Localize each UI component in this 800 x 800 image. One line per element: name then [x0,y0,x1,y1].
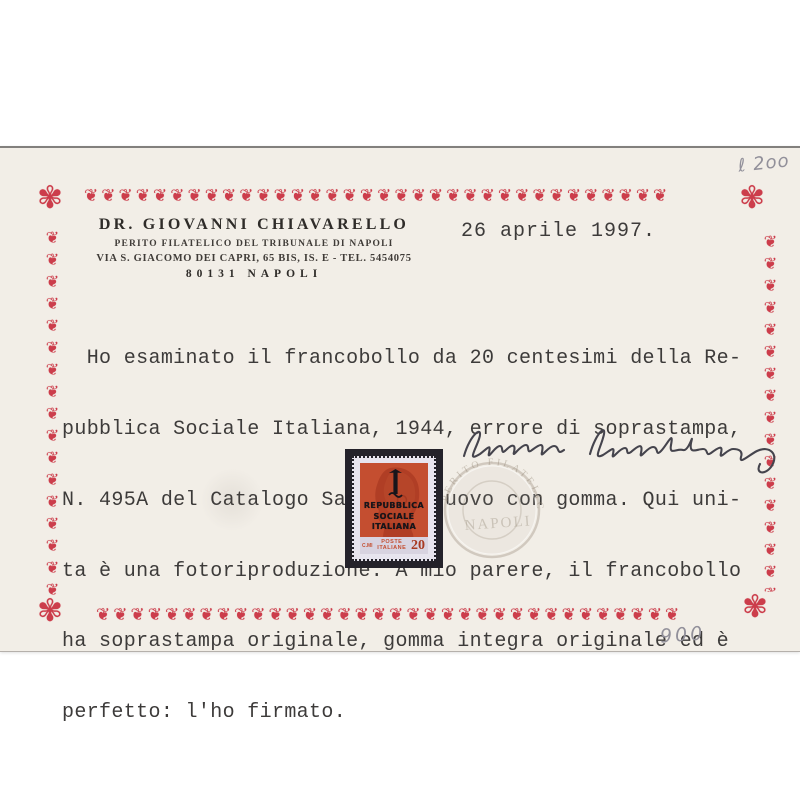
expert-city: 80131 NAPOLI [58,268,450,280]
body-line: Ho esaminato il francobollo da 20 centes… [62,347,741,371]
expert-name: DR. GIOVANNI CHIAVARELLO [58,216,450,234]
stamp-poste-label: POSTE ITALIANE [373,540,411,551]
overprint-line3: ITALIANA [360,522,428,533]
border-top-strip: ❦❦❦❦❦❦❦❦❦❦❦❦❦❦❦❦❦❦❦❦❦❦❦❦❦❦❦❦❦❦❦❦❦❦ [84,188,716,212]
expert-address: VIA S. GIACOMO DEI CAPRI, 65 BIS, IS. E … [58,253,450,264]
paper-smudge [200,468,264,532]
border-left-strip: ❦❦❦❦❦❦❦❦❦❦❦❦❦❦❦❦❦❦❦ [36,228,60,596]
body-line: perfetto: l'ho firmato. [62,701,741,725]
certificate-date: 26 aprile 1997. [461,220,656,243]
stamp-face-value: 20 [411,538,425,554]
stamp: C.MI POSTE ITALIANE 20 REPUBBLICA SOCIAL… [352,456,436,561]
stamp-value-band: C.MI POSTE ITALIANE 20 [360,537,428,554]
stamp-mount-card: C.MI POSTE ITALIANE 20 REPUBBLICA SOCIAL… [345,449,443,568]
expert-title: PERITO FILATELICO DEL TRIBUNALE DI NAPOL… [58,239,450,249]
stamp-poste-line2: ITALIANE [377,545,406,551]
overprint-line2: SOCIALE [360,512,428,523]
border-corner-top-right: ✾ [730,183,774,227]
stamp-face: C.MI POSTE ITALIANE 20 REPUBBLICA SOCIAL… [360,463,428,554]
stamp-cmi-label: C.MI [362,543,373,549]
body-line: ha soprastampa originale, gomma integra … [62,630,741,654]
letterhead: DR. GIOVANNI CHIAVARELLO PERITO FILATELI… [58,216,450,280]
expert-signature [450,412,790,487]
fascio-overprint-icon [388,468,403,500]
overprint-line1: REPUBBLICA [360,501,428,512]
rsi-overprint-text: REPUBBLICA SOCIALE ITALIANA [360,501,428,533]
pencil-number-note: 900 [659,622,706,647]
